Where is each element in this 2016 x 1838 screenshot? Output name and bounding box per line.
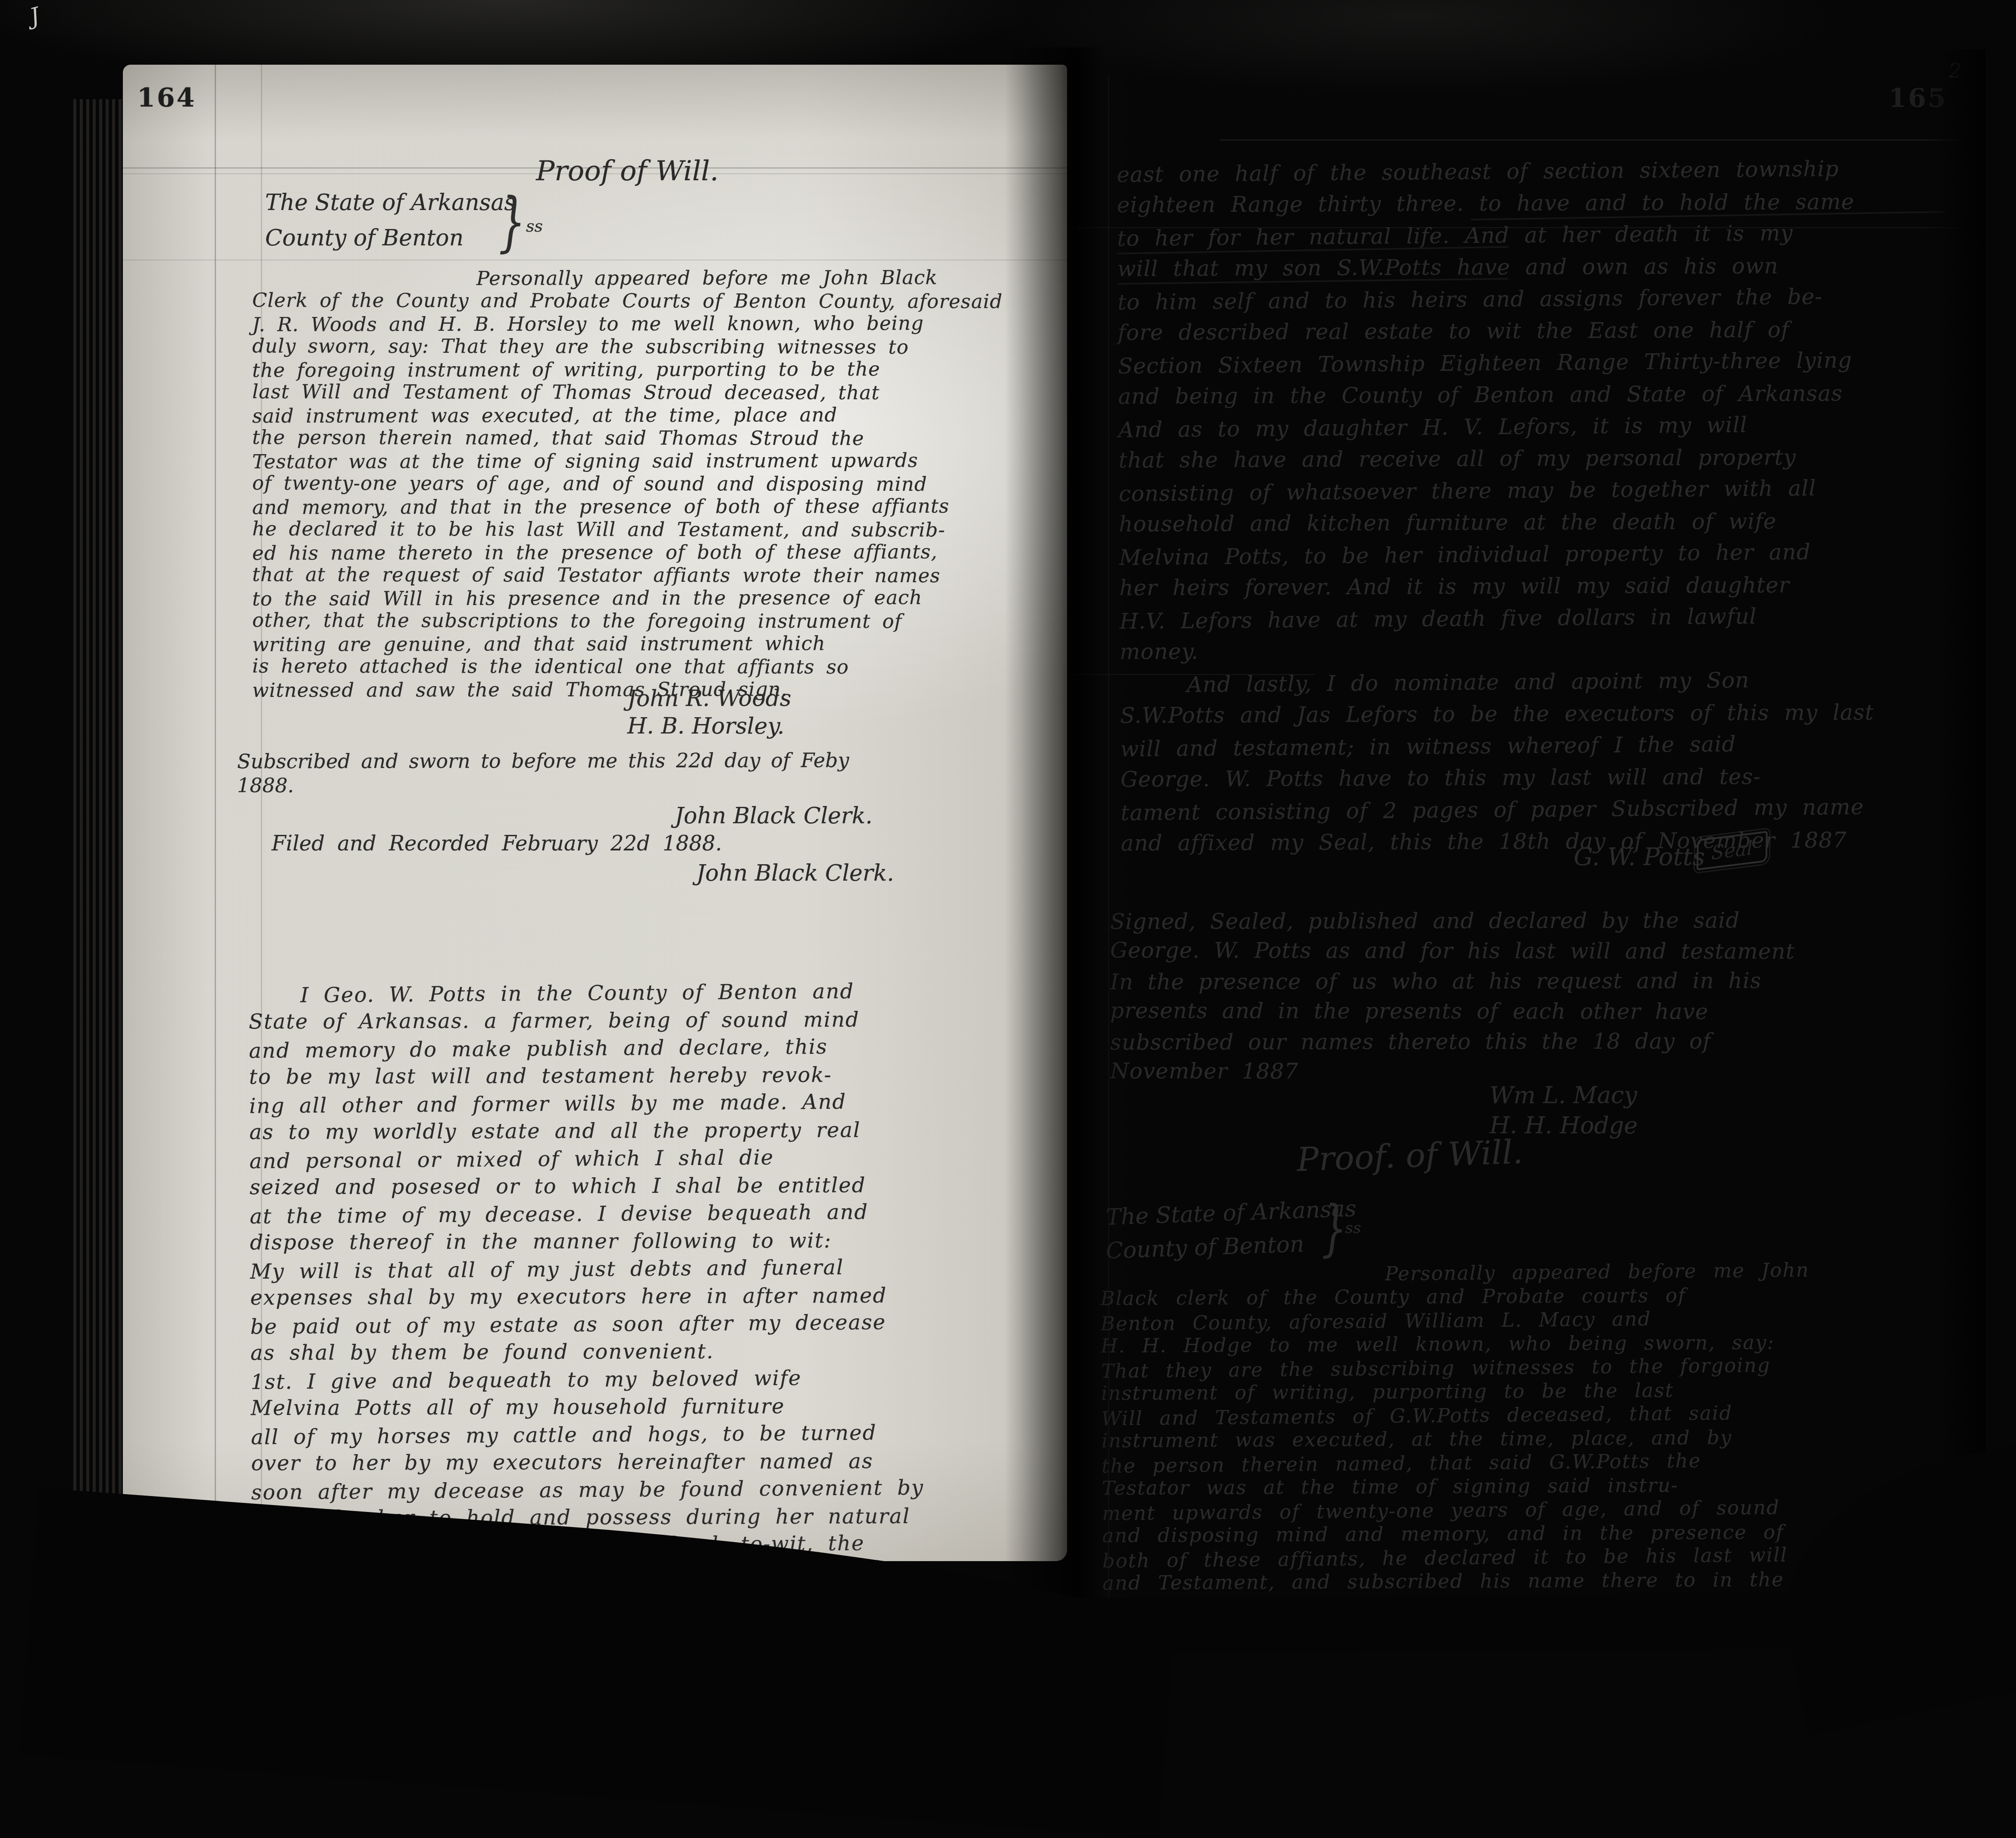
handwritten-line: to be my last will and testament hereby …: [249, 1060, 1064, 1091]
handwritten-line: as shal by them be found convenient.: [250, 1336, 1065, 1367]
handwritten-line: consisting of whatsoever there may be to…: [1119, 471, 1951, 510]
handwritten-line: last Will and Testament of Thomas Stroud…: [252, 380, 1063, 404]
will-potts-continuation-text: east one half of the southeast of sectio…: [1117, 153, 1953, 860]
page-corner-annotation: 2: [1949, 59, 1960, 82]
jurat-ss: ss: [1345, 1219, 1361, 1237]
attestation-clause-text: Signed, Sealed, published and declared b…: [1110, 906, 1942, 1087]
handwritten-line: In the presence of us who at his request…: [1110, 965, 1942, 997]
handwritten-line: at the time of my decease. I devise bequ…: [250, 1197, 1064, 1230]
handwritten-line: Melvina Potts, to be her individual prop…: [1119, 535, 1951, 574]
record-book-scan: J 164 Proof of Will. The State of Arkans…: [0, 0, 2016, 1643]
handwritten-line: dispose thereof in the manner following …: [250, 1226, 1065, 1257]
jurat-county-line: County of Benton: [1105, 1231, 1305, 1264]
handwritten-line: over to her by my executors hereinafter …: [251, 1447, 1066, 1477]
testator-signature: G. W. Potts: [1574, 843, 1705, 871]
handwritten-line: And lastly, I do nominate and apoint my …: [1120, 662, 1952, 701]
handwritten-line: Wm L. Macy: [1490, 1080, 1638, 1111]
handwritten-line: east one half of the southeast of sectio…: [1117, 152, 1949, 191]
jurat-sworn-text: Subscribed and sworn to before me this 2…: [237, 748, 849, 798]
handwritten-line: And as to my daughter H. V. Lefors, it i…: [1118, 407, 1951, 446]
page-164: 164 Proof of Will. The State of Arkansas…: [123, 65, 1067, 1561]
jurat-ss: ss: [526, 216, 543, 235]
scan-black-strip: [1013, 1590, 2016, 1643]
handwritten-line: 1888.: [237, 773, 849, 799]
handwritten-line: seized and posesed or to which I shal be…: [250, 1171, 1064, 1201]
handwritten-line: be paid out of my estate as soon after m…: [250, 1307, 1065, 1341]
handwritten-line: household and kitchen furniture at the d…: [1119, 505, 1951, 540]
handwritten-line: that at the request of said Testator aff…: [252, 563, 1063, 587]
handwritten-line: other, that the subscriptions to the for…: [252, 608, 1063, 633]
handwritten-line: Subscribed and sworn to before me this 2…: [237, 748, 849, 774]
handwritten-line: H. B. Horsley.: [627, 712, 792, 740]
stacked-page-edges: [73, 99, 123, 1505]
handwritten-line: is hereto attached is the identical one …: [252, 654, 1063, 678]
handwritten-line: ed his name thereto in the presence of b…: [252, 540, 1063, 565]
handwritten-line: H.V. Lefors have at my death five dollar…: [1119, 599, 1952, 637]
handwritten-line: will and testament; in witness whereof I…: [1120, 726, 1953, 765]
corner-pen-mark: J: [27, 3, 42, 30]
margin-rule: [215, 65, 216, 1561]
handwritten-line: eighteen Range thirty three. to have and…: [1117, 185, 1949, 221]
handwritten-line: and memory, and that in the presence of …: [252, 494, 1063, 519]
handwritten-line: ing all other and former wills by me mad…: [249, 1086, 1064, 1120]
handwritten-line: subscribed our names thereto this the 18…: [1110, 1026, 1942, 1057]
heading-proof-of-will: Proof of Will.: [476, 155, 778, 187]
affidavit-stroud-text: Personally appeared before me John Black…: [252, 267, 1063, 701]
handwritten-line: State of Arkansas. a farmer, being of so…: [249, 1005, 1064, 1036]
handwritten-line: he declared it to be his last Will and T…: [252, 517, 1063, 541]
page-number-right: 165: [1888, 83, 1947, 113]
handwritten-line: I Geo. W. Potts in the County of Benton …: [248, 976, 1063, 1010]
handwritten-line: said instrument was executed, at the tim…: [252, 403, 1063, 427]
handwritten-line: and affixed my Seal, this the 18th day o…: [1121, 824, 1953, 859]
handwritten-line: presents and in the presents of each oth…: [1110, 995, 1942, 1027]
witness-signatures: John R. WoodsH. B. Horsley.: [627, 685, 791, 740]
handwritten-line: of twenty-one years of age, and of sound…: [252, 471, 1063, 496]
handwritten-line: J. R. Woods and H. B. Horsley to me well…: [252, 311, 1063, 336]
handwritten-line: tament consisting of 2 pages of paper Su…: [1121, 790, 1953, 829]
handwritten-line: S.W.Potts and Jas Lefors to be the execu…: [1120, 696, 1952, 731]
handwritten-line: writing are genuine, and that said instr…: [252, 631, 1063, 656]
handwritten-line: George. W. Potts as and for his last wil…: [1110, 935, 1942, 966]
handwritten-line: Clerk of the County and Probate Courts o…: [252, 289, 1063, 313]
handwritten-line: money.: [1120, 632, 1952, 668]
handwritten-line: soon after my decease as may be found co…: [251, 1473, 1066, 1506]
will-potts-text: I Geo. W. Potts in the County of Benton …: [248, 977, 1066, 1561]
handwritten-line: to her for her natural life. And at her …: [1117, 216, 1950, 254]
handwritten-line: and personal or mixed of which I shal di…: [249, 1142, 1064, 1175]
jurat-brace: }: [499, 185, 526, 260]
handwritten-line: 1st. I give and bequeath to my beloved w…: [250, 1362, 1065, 1396]
jurat-state-line: The State of Arkansas: [265, 190, 516, 216]
seal-label: Seal: [1711, 837, 1753, 864]
handwritten-line: the person therein named, that said Thom…: [252, 426, 1063, 450]
handwritten-line: John R. Woods: [627, 685, 792, 713]
ledger-rule: [123, 260, 1067, 260]
jurat-brace: }: [1322, 1193, 1347, 1264]
handwritten-line: to him self and to his heirs and assigns…: [1118, 279, 1950, 318]
handwritten-line: to the said Will in his presence and in …: [252, 586, 1063, 610]
handwritten-line: Signed, Sealed, published and declared b…: [1110, 905, 1942, 937]
handwritten-line: Melvina Potts all of my household furnit…: [251, 1392, 1066, 1422]
handwritten-line: expenses shal by my executors here in af…: [250, 1281, 1065, 1312]
ledger-rule: [1220, 139, 1960, 141]
handwritten-line: fore described real estate to wit the Ea…: [1118, 313, 1950, 348]
handwritten-line: as to my worldly estate and all the prop…: [249, 1116, 1064, 1146]
jurat-state-line: The State of Arkansas: [1105, 1196, 1357, 1230]
handwritten-line: will that my son S.W.Potts have and own …: [1117, 249, 1949, 285]
handwritten-line: that she have and receive all of my pers…: [1118, 441, 1950, 476]
filed-recorded-line: Filed and Recorded February 22d 1888.: [272, 831, 722, 856]
handwritten-line: and memory do make publish and declare, …: [249, 1031, 1064, 1065]
page-number-left: 164: [137, 83, 196, 113]
handwritten-line: Testator was at the time of signing said…: [252, 449, 1063, 473]
handwritten-line: Personally appeared before me John Black: [252, 266, 1063, 290]
handwritten-line: Section Sixteen Township Eighteen Range …: [1118, 343, 1950, 382]
page-165: 2 165 east one half of the southeast of …: [1074, 50, 1960, 1602]
handwritten-line: her heirs forever. And it is my will my …: [1119, 568, 1951, 604]
handwritten-line: duly sworn, say: That they are the subsc…: [252, 334, 1063, 358]
handwritten-line: George. W. Potts have to this my last wi…: [1121, 760, 1953, 795]
clerk-signature: John Black Clerk.: [675, 803, 873, 829]
handwritten-line: and being in the County of Benton and St…: [1118, 377, 1950, 412]
jurat-county-line: County of Benton: [265, 225, 463, 251]
heading-proof-of-will: Proof. of Will.: [1215, 1129, 1605, 1181]
handwritten-line: My will is that all of my just debts and…: [250, 1252, 1065, 1286]
clerk-signature: John Black Clerk.: [696, 860, 894, 886]
handwritten-line: all of my horses my cattle and hogs, to …: [251, 1418, 1066, 1451]
handwritten-line: the foregoing instrument of writing, pur…: [252, 357, 1063, 382]
